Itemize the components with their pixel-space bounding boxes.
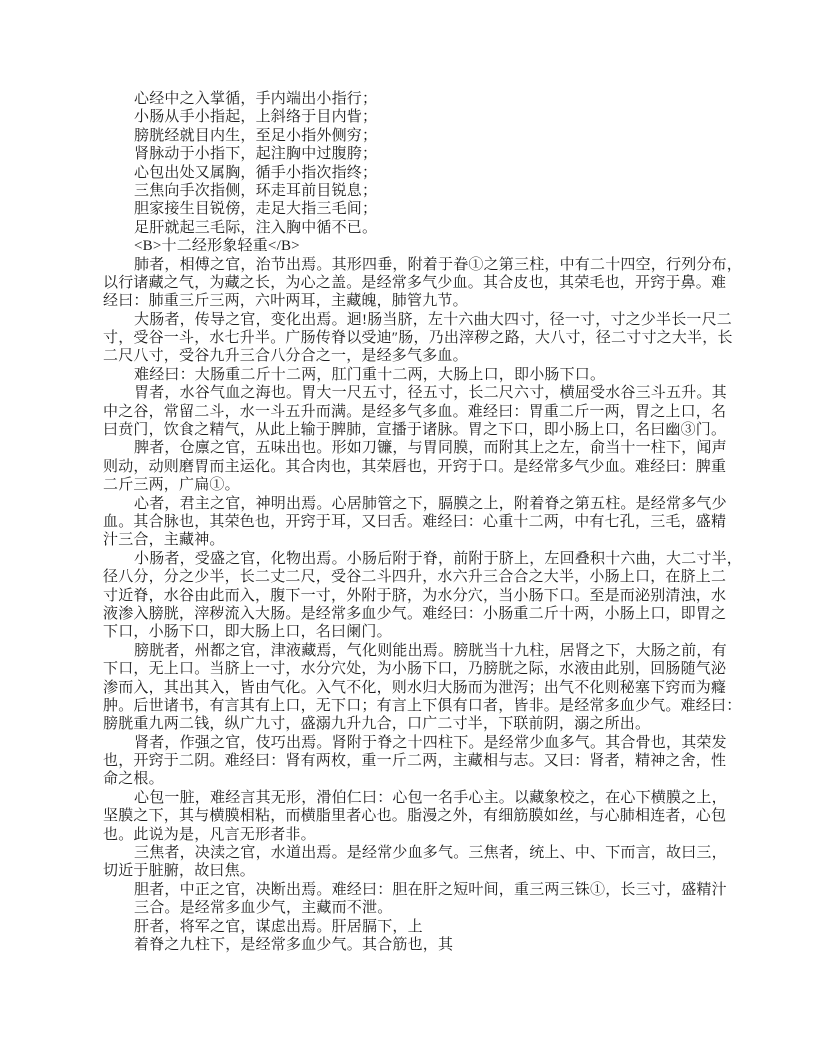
text-line: 肿。后世诸书，有言其有上口，无下口；有言上下俱有口者，皆非。是经常多血少气。难经… <box>103 697 717 715</box>
text-line: 胆者，中正之官，决断出焉。难经曰：胆在肝之短叶间，重三两三铢①，长三寸，盛精汁 <box>103 881 717 899</box>
text-line: 则动，动则磨胃而主运化。其合肉也，其荣唇也，开窍于口。是经常多气少血。难经曰：脾… <box>103 458 717 476</box>
text-line: 大肠者，传导之官，变化出焉。迴!肠当脐，左十六曲大四寸，径一寸，寸之少半长一尺二 <box>103 311 717 329</box>
document-page: 心经中之入掌循，手内端出小指行；小肠从手小指起，上斜络于目内眥；膀胱经就目内生，… <box>0 0 816 1056</box>
text-line: 径八分，分之少半，长二丈二尺，受谷二斗四升，水六升三合合之大半，小肠上口，在脐上… <box>103 568 717 586</box>
text-line: 心包一脏，难经言其无形，滑伯仁曰：心包一名手心主。以藏象校之，在心下横膜之上， <box>103 789 717 807</box>
text-line: 胃者，水谷气血之海也。胃大一尺五寸，径五寸，长二尺六寸，横屈受水谷三斗五升。其 <box>103 384 717 402</box>
text-line: 液渗入膀胱，滓秽流入大肠。是经常多血少气。难经曰：小肠重二斤十两，小肠上口，即胃… <box>103 605 717 623</box>
text-line: 心经中之入掌循，手内端出小指行； <box>103 90 717 108</box>
text-line: 中之谷，常留二斗，水一斗五升而满。是经多气多血。难经曰：胃重二斤一两，胃之上口，… <box>103 403 717 421</box>
text-line: 肾脉动于小指下，起注胸中过腹胯； <box>103 145 717 163</box>
text-line: 汁三合，主藏神。 <box>103 531 717 549</box>
text-line: 肾者，作强之官，伎巧出焉。肾附于脊之十四柱下。是经常少血多气。其合骨也，其荣发 <box>103 734 717 752</box>
text-line: 下口，无上口。当脐上一寸，水分穴处，为小肠下口，乃膀胱之际，水液由此别，回肠随气… <box>103 660 717 678</box>
text-line: 脾者，仓廪之官，五味出也。形如刀镰，与胃同膜，而附其上之左，俞当十一柱下，闻声 <box>103 439 717 457</box>
text-line: 难经曰：大肠重二斤十二两，肛门重十二两，大肠上口，即小肠下口。 <box>103 366 717 384</box>
text-line: 三合。是经常多血少气，主藏而不泄。 <box>103 899 717 917</box>
text-line: 肺者，相傅之官，治节出焉。其形四垂，附着于眷①之第三柱，中有二十四空，行列分布， <box>103 256 717 274</box>
text-line: 切近于脏腑，故曰焦。 <box>103 862 717 880</box>
text-line: 也。此说为是，凡言无形者非。 <box>103 826 717 844</box>
text-line: 以行诸藏之气，为藏之长，为心之盖。是经常多气少血。其合皮也，其荣毛也，开窍于鼻。… <box>103 274 717 292</box>
text-line: 渗而入，其出其入，皆由气化。入气不化，则水归大肠而为泄泻；出气不化则秘塞下窍而为… <box>103 679 717 697</box>
text-line: 命之根。 <box>103 770 717 788</box>
text-line: 心包出处又属胸，循手小指次指终； <box>103 164 717 182</box>
text-line: 小肠者，受盛之官，化物出焉。小肠后附于脊，前附于脐上，左回叠积十六曲，大二寸半， <box>103 550 717 568</box>
text-line: 也，开窍于二阴。难经曰：肾有两枚，重一斤二两，主藏相与志。又曰：肾者，精神之舍，… <box>103 752 717 770</box>
text-line: 胆家接生目锐傍，走足大指三毛间； <box>103 200 717 218</box>
text-line: 足肝就起三毛际，注入胸中循不已。 <box>103 219 717 237</box>
text-line: 二尺八寸，受谷九升三合八分合之一，是经多气多血。 <box>103 347 717 365</box>
text-line: 三焦者，决渎之官，水道出焉。是经常少血多气。三焦者，统上、中、下而言，故曰三， <box>103 844 717 862</box>
text-line: 下口，小肠下口，即大肠上口，名曰阑门。 <box>103 623 717 641</box>
text-line: 二斤三两，广扁①。 <box>103 476 717 494</box>
text-line: 寸近脊，水谷由此而入，腹下一寸，外附于脐，为水分穴，当小肠下口。至是而泌别清浊，… <box>103 587 717 605</box>
text-line: 膀胱者，州都之官，津液藏焉，气化则能出焉。膀胱当十九柱，居肾之下，大肠之前，有 <box>103 642 717 660</box>
text-line: 三焦向手次指侧，环走耳前目锐息； <box>103 182 717 200</box>
text-line: 血。其合脉也，其荣色也，开窍于耳，又曰舌。难经曰：心重十二两，中有七孔，三毛，盛… <box>103 513 717 531</box>
text-line: 寸，受谷一斗，水七升半。广肠传脊以受迪″肠，乃出滓秽之路，大八寸，径二寸寸之大半… <box>103 329 717 347</box>
text-line: 着脊之九柱下，是经常多血少气。其合筋也，其 <box>103 936 717 954</box>
text-block: 心经中之入掌循，手内端出小指行；小肠从手小指起，上斜络于目内眥；膀胱经就目内生，… <box>103 90 717 954</box>
text-line: <B>十二经形象轻重</B> <box>103 237 717 255</box>
text-line: 经曰：肺重三斤三两，六叶两耳，主藏魄，肺管九节。 <box>103 292 717 310</box>
text-line: 膀胱经就目内生，至足小指外侧穷； <box>103 127 717 145</box>
text-line: 心者，君主之官，神明出焉。心居肺管之下，膈膜之上，附着脊之第五柱。是经常多气少 <box>103 495 717 513</box>
text-line: 小肠从手小指起，上斜络于目内眥； <box>103 108 717 126</box>
text-line: 肝者，将军之官，谋虑出焉。肝居膈下，上 <box>103 918 717 936</box>
text-line: 坚膜之下，其与横膜相粘，而横脂里者心也。脂漫之外，有细筋膜如丝，与心肺相连者，心… <box>103 807 717 825</box>
text-line: 膀胱重九两二钱，纵广九寸，盛溺九升九合，口广二寸半，下联前阴，溺之所出。 <box>103 715 717 733</box>
text-line: 曰贲门，饮食之精气，从此上输于脾肺，宣播于诸脉。胃之下口，即小肠上口，名曰幽③门… <box>103 421 717 439</box>
